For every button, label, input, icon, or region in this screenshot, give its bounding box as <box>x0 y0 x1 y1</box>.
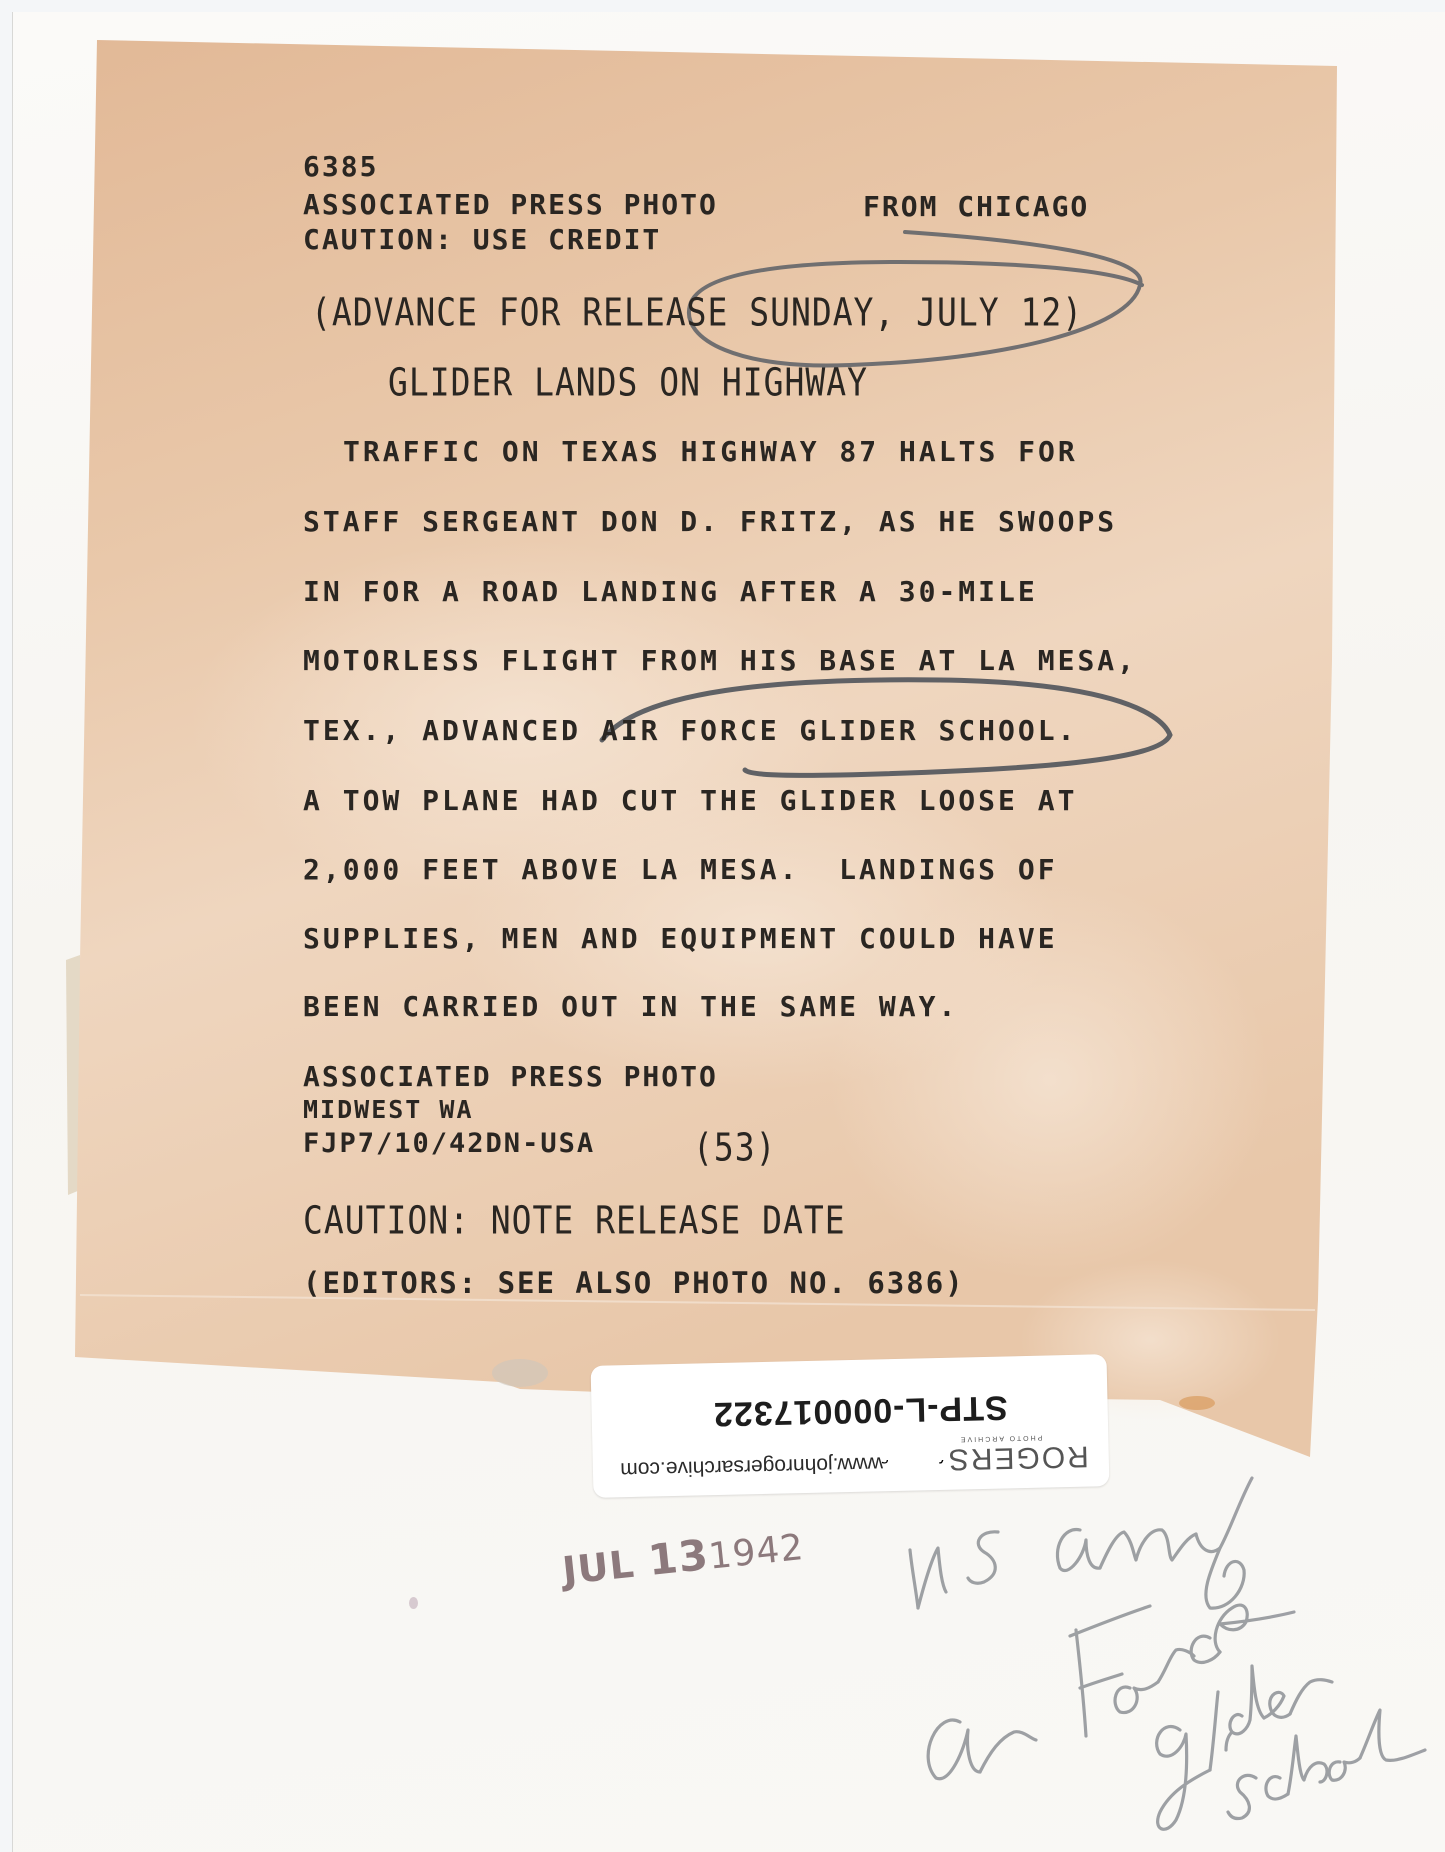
stamp-day: 13 <box>646 1530 711 1585</box>
footer-count: (53) <box>693 1125 776 1170</box>
stamp-year: 1942 <box>707 1527 806 1578</box>
photo-number: 6385 <box>303 150 378 183</box>
origin-line: From Chicago <box>863 190 1089 223</box>
body-line: Tex., Advanced Air Force Glider School. <box>303 714 1077 747</box>
editors-note: (Editors: See also photo no. 6386) <box>303 1266 965 1300</box>
stamp-month: JUL <box>560 1542 636 1593</box>
body-line: been carried out in the same way. <box>303 990 958 1023</box>
body-line: motorless flight from his base at La Mes… <box>303 644 1137 677</box>
release-note: (Advance for release Sunday, July 12) <box>311 290 1083 335</box>
body-line: Staff Sergeant Don D. Fritz, as he swoop… <box>303 505 1117 538</box>
footer-code: FJP7/10/42DN-USA <box>303 1128 595 1159</box>
credit-line: Caution: Use Credit <box>303 223 661 256</box>
sticker-url: www.johnrogersarchive.com <box>620 1451 883 1481</box>
body-line: Traffic on Texas highway 87 halts for <box>343 435 1078 468</box>
body-line: 2,000 feet above La Mesa. Landings of <box>303 853 1058 886</box>
ink-speck <box>409 1597 418 1609</box>
body-line: supplies, men and equipment could have <box>303 922 1058 955</box>
body-line: in for a road landing after a 30-mile <box>303 575 1038 608</box>
body-line: A tow plane had cut the glider loose at <box>303 784 1077 817</box>
handwritten-line: school <box>880 1460 938 1464</box>
footer-bureau: Midwest WA <box>303 1095 474 1124</box>
caution-release: Caution: Note release date <box>303 1198 846 1243</box>
handwritten-note: US army air Force glider school <box>880 1460 1445 1852</box>
footer-agency: Associated Press Photo <box>303 1060 718 1093</box>
sticker-serial: STP-L-000017322 <box>713 1387 1009 1433</box>
headline: Glider lands on highway <box>388 360 868 405</box>
agency-line: Associated Press Photo <box>303 188 718 221</box>
